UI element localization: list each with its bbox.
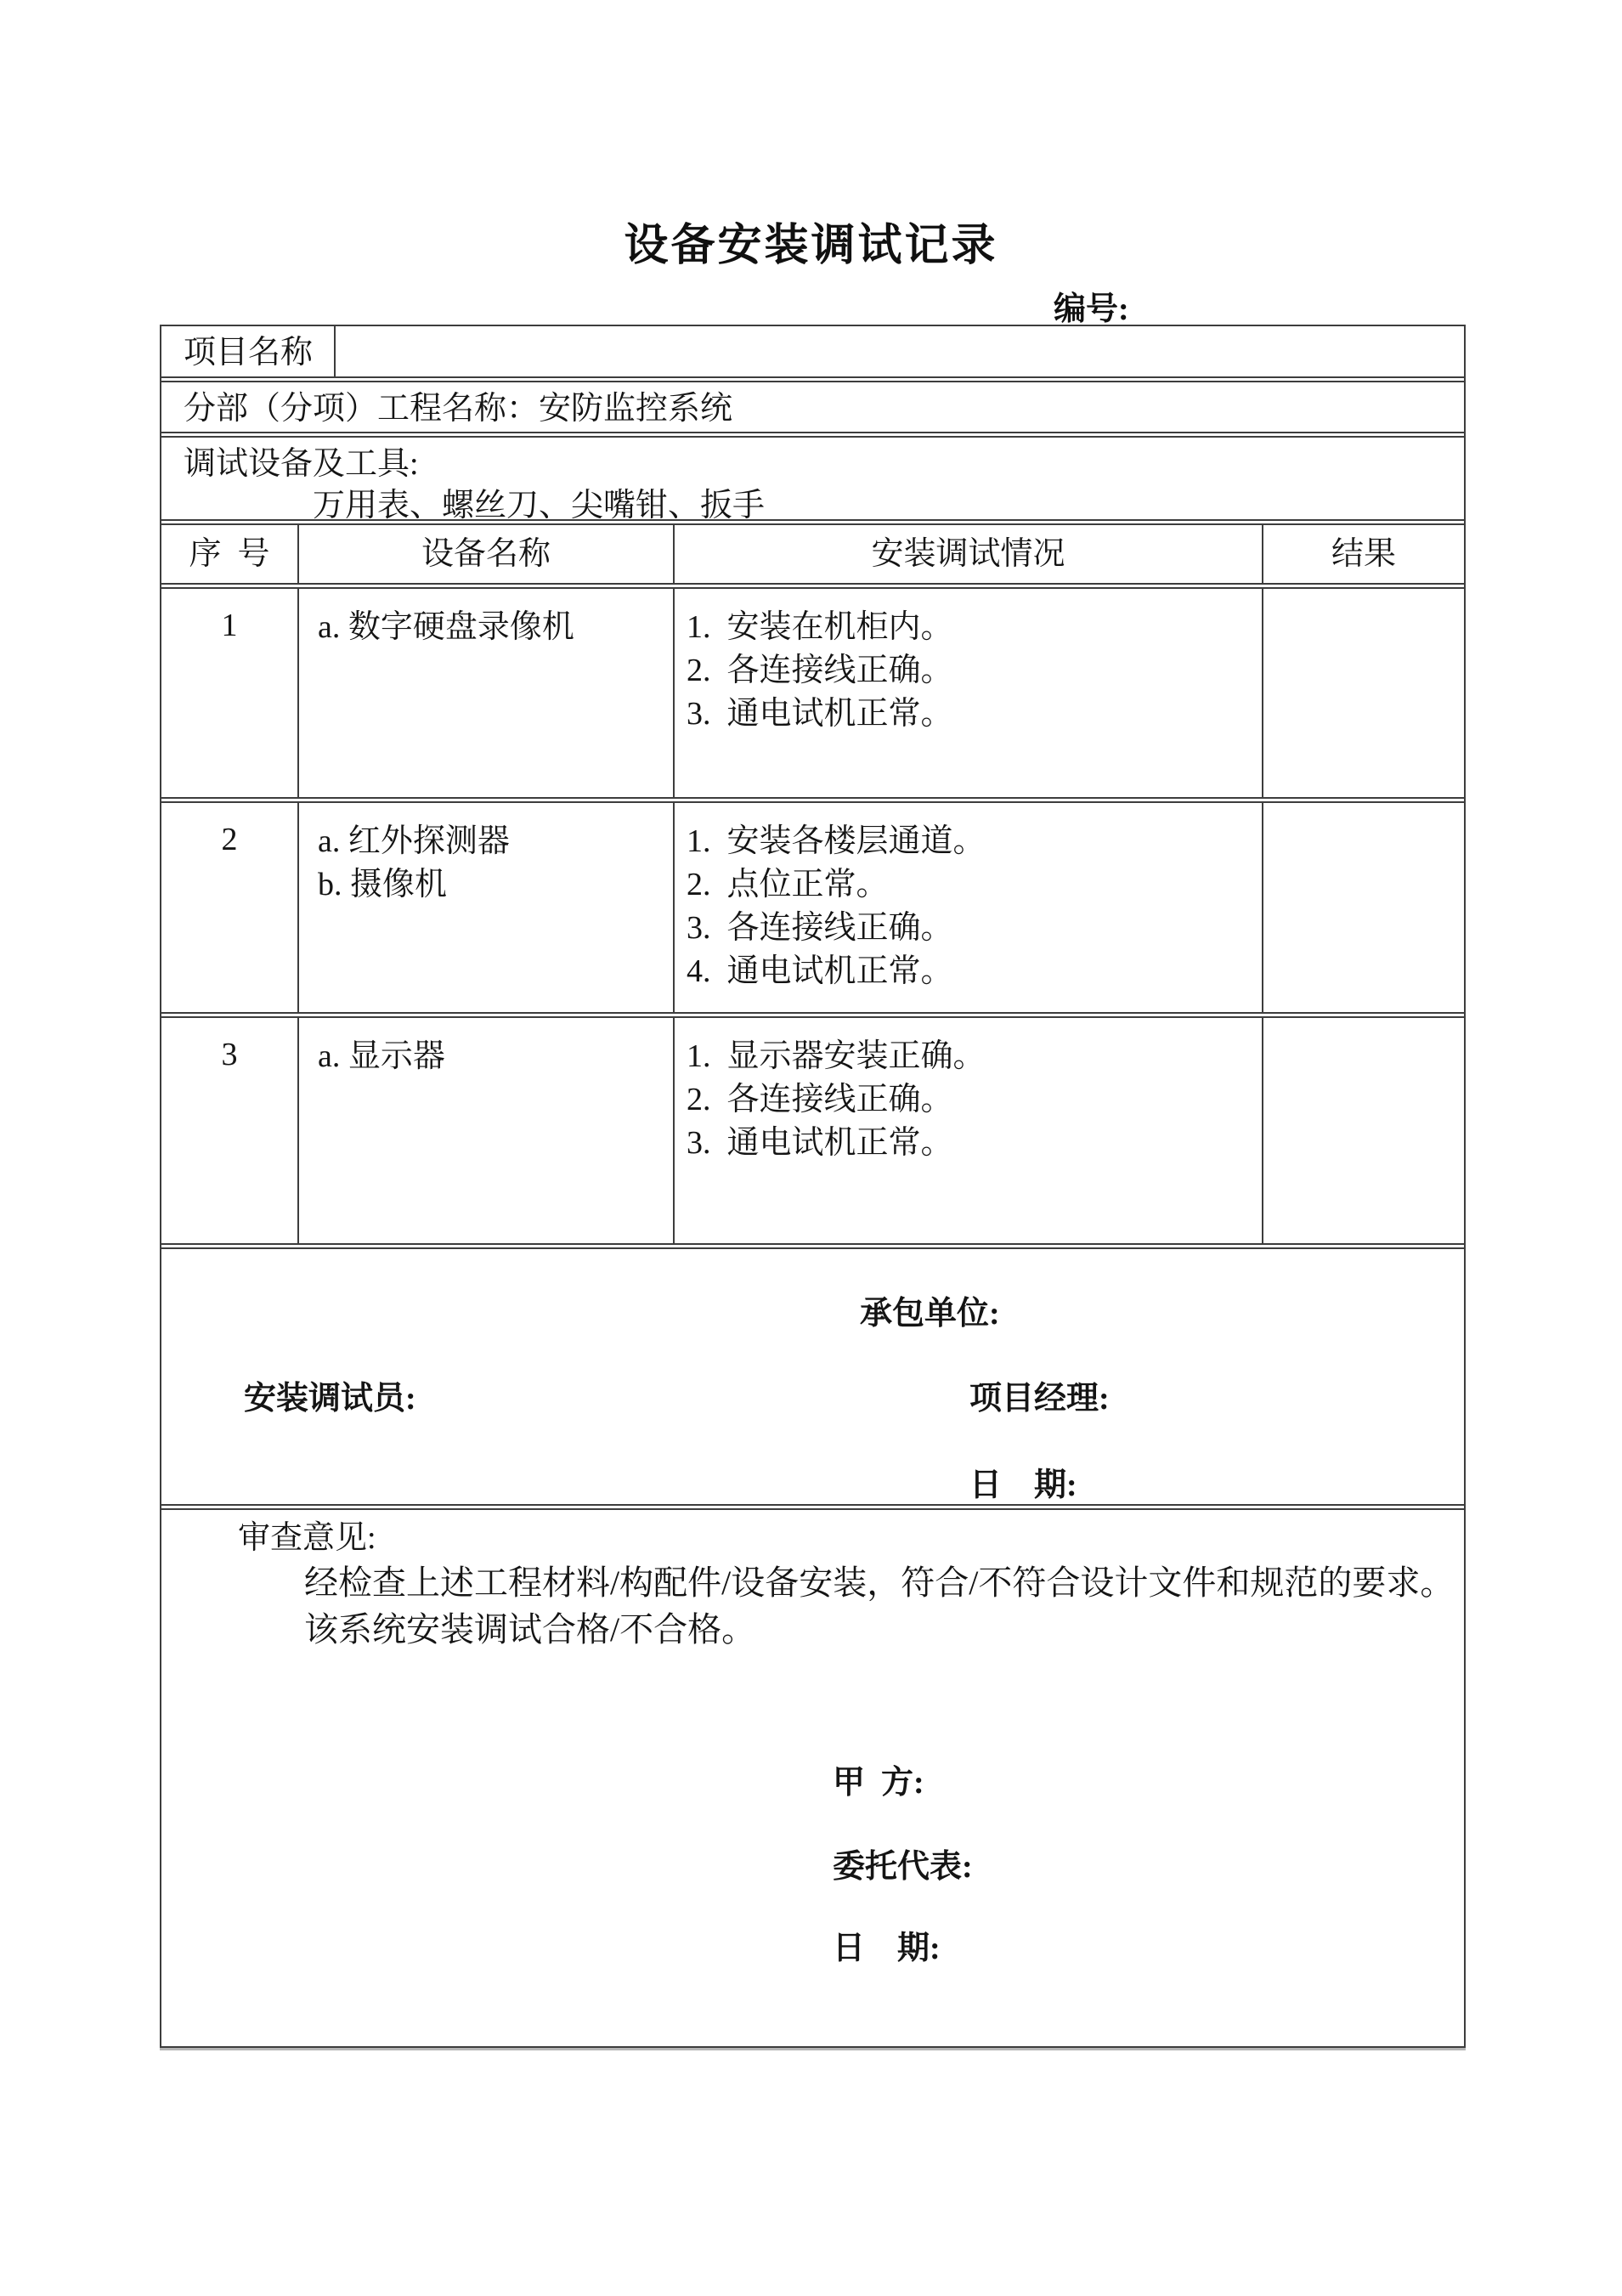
situation-item: 2. 点位正常。 [687, 863, 986, 907]
table-row: 3 a. 显示器 1. 显示器安装正确。 2. 各连接线正确。 3. 通电试机正… [160, 1016, 1466, 1245]
project-name-divider [334, 326, 336, 376]
subproject-line: 分部（分项）工程名称：安防监控系统 [184, 389, 732, 428]
device-name: a. 显示器 [318, 1035, 445, 1078]
review-line-2: 该系统安装调试合格/不合格。 [304, 1610, 755, 1649]
row-divider-3 [1262, 803, 1263, 1012]
project-name-label: 项目名称 [184, 333, 313, 372]
subproject-row: 分部（分项）工程名称：安防监控系统 [160, 381, 1466, 433]
row-divider-2 [673, 803, 675, 1012]
situation-item: 1. 安装在机柜内。 [687, 606, 953, 649]
situation-item: 2. 各连接线正确。 [687, 1078, 986, 1122]
install-situation-cell: 1. 安装在机柜内。 2. 各连接线正确。 3. 通电试机正常。 [687, 606, 953, 736]
document-page: 设备安装调试记录 编号: 项目名称 分部（分项）工程名称：安防监控系统 调试设备… [0, 0, 1622, 2296]
column-header-situation: 安装调试情况 [675, 525, 1262, 583]
page-title: 设备安装调试记录 [0, 209, 1622, 273]
install-situation-cell: 1. 安装各楼层通道。 2. 点位正常。 3. 各连接线正确。 4. 通电试机正… [687, 820, 986, 993]
signature-block: 承包单位: 安装调试员: 项目经理: 日 期: [160, 1247, 1466, 1506]
tools-value: 万用表、螺丝刀、尖嘴钳、扳手 [313, 486, 765, 525]
project-name-row: 项目名称 [160, 325, 1466, 378]
agent-label: 委托代表: [833, 1847, 973, 1886]
device-name-cell: a. 红外探测器 b. 摄像机 [318, 820, 510, 907]
row-divider-3 [1262, 589, 1263, 797]
record-table: 项目名称 分部（分项）工程名称：安防监控系统 调试设备及工具: 万用表、螺丝刀、… [160, 325, 1466, 2048]
row-number: 3 [161, 1035, 297, 1074]
row-number: 1 [161, 606, 297, 645]
review-date-label: 日 期: [833, 1929, 941, 1968]
review-line-1: 经检查上述工程材料/构配件/设备安装，符合/不符合设计文件和规范的要求。 [304, 1564, 1454, 1603]
device-name: a. 数字硬盘录像机 [318, 606, 574, 649]
install-situation-cell: 1. 显示器安装正确。 2. 各连接线正确。 3. 通电试机正常。 [687, 1035, 986, 1165]
row-divider-1 [297, 1018, 299, 1243]
device-name-cell: a. 数字硬盘录像机 [318, 606, 574, 649]
row-divider-1 [297, 803, 299, 1012]
column-header-no: 序 号 [161, 525, 297, 583]
situation-item: 1. 显示器安装正确。 [687, 1035, 986, 1078]
row-number: 2 [161, 820, 297, 859]
column-header-device: 设备名称 [299, 525, 673, 583]
review-title: 审查意见: [238, 1518, 376, 1558]
situation-item: 3. 通电试机正常。 [687, 693, 953, 736]
row-divider-1 [297, 589, 299, 797]
review-block: 审查意见: 经检查上述工程材料/构配件/设备安装，符合/不符合设计文件和规范的要… [160, 1508, 1466, 2048]
contractor-label: 承包单位: [860, 1294, 1000, 1333]
situation-item: 2. 各连接线正确。 [687, 649, 953, 693]
table-row: 1 a. 数字硬盘录像机 1. 安装在机柜内。 2. 各连接线正确。 3. 通电… [160, 587, 1466, 799]
situation-item: 3. 各连接线正确。 [687, 907, 986, 950]
tools-row: 调试设备及工具: 万用表、螺丝刀、尖嘴钳、扳手 [160, 436, 1466, 521]
situation-item: 1. 安装各楼层通道。 [687, 820, 986, 863]
table-row: 2 a. 红外探测器 b. 摄像机 1. 安装各楼层通道。 2. 点位正常。 3… [160, 801, 1466, 1014]
situation-item: 4. 通电试机正常。 [687, 950, 986, 993]
row-divider-3 [1262, 1018, 1263, 1243]
device-name: a. 红外探测器 [318, 820, 510, 863]
device-name-cell: a. 显示器 [318, 1035, 445, 1078]
column-header-result: 结果 [1263, 525, 1464, 583]
party-a-label: 甲 方: [833, 1763, 924, 1802]
row-divider-2 [673, 1018, 675, 1243]
installer-label: 安装调试员: [244, 1379, 416, 1418]
table-header-row: 序 号 设备名称 安装调试情况 结果 [160, 523, 1466, 585]
date-label: 日 期: [969, 1466, 1077, 1505]
device-name: b. 摄像机 [318, 863, 510, 907]
row-divider-2 [673, 589, 675, 797]
project-manager-label: 项目经理: [969, 1379, 1110, 1418]
tools-label: 调试设备及工具: [184, 444, 419, 484]
situation-item: 3. 通电试机正常。 [687, 1122, 986, 1165]
document-number-label: 编号: [1054, 282, 1129, 329]
